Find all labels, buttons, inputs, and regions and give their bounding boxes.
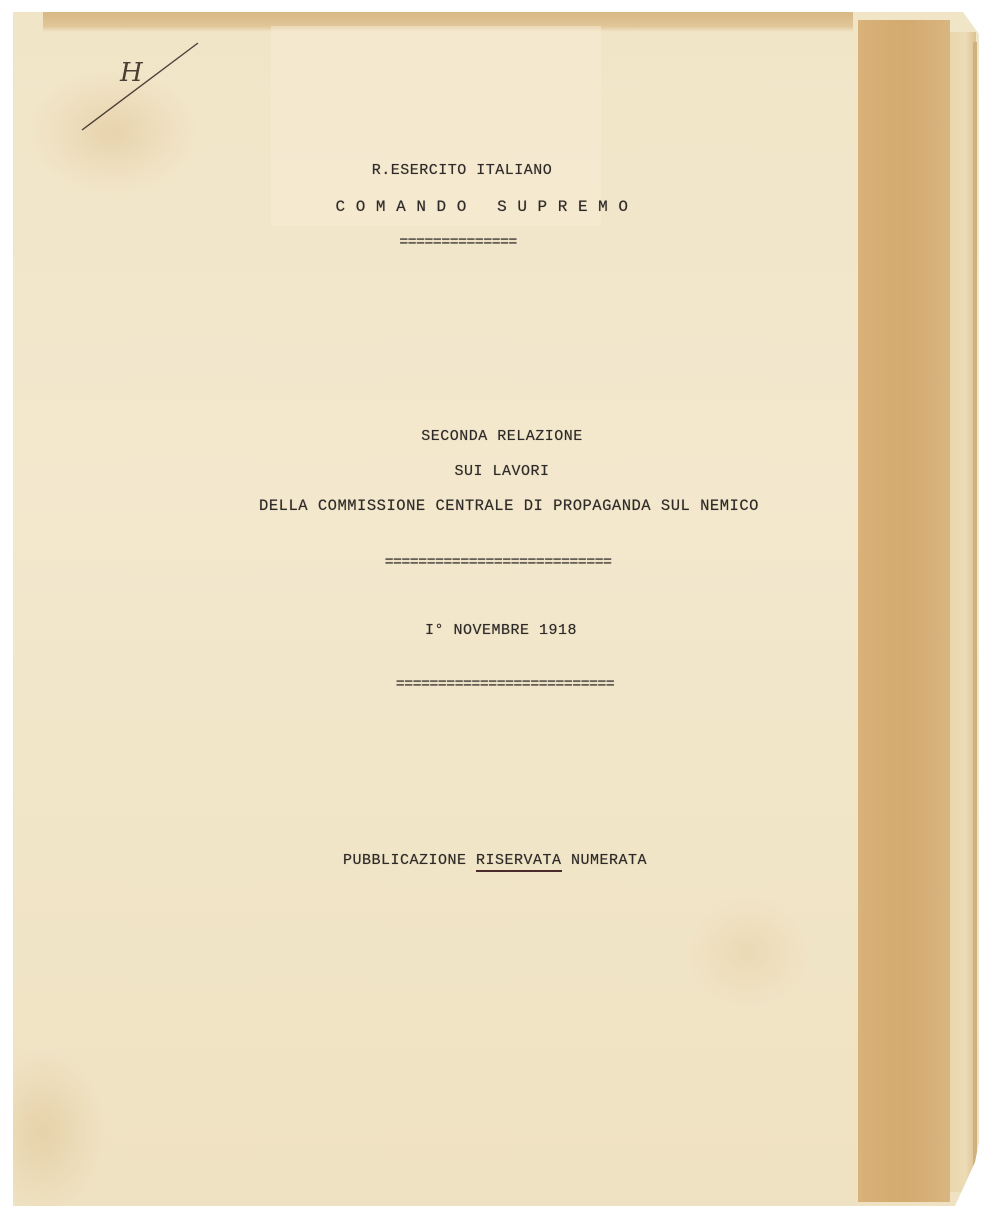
header-line-2: C O M A N D O S U P R E M O xyxy=(0,198,964,216)
classification-suffix: NUMERATA xyxy=(562,852,648,869)
document-page xyxy=(13,12,979,1206)
handwritten-mark: H xyxy=(120,58,143,88)
date-line: I° NOVEMBRE 1918 xyxy=(0,622,1000,639)
date-rule: ========================== xyxy=(0,676,1000,693)
header-light-area xyxy=(271,26,601,226)
classification-prefix: PUBBLICAZIONE xyxy=(343,852,476,869)
title-line-1: SECONDA RELAZIONE xyxy=(0,428,1000,445)
title-rule: =========================== xyxy=(0,554,996,571)
classification-line: PUBBLICAZIONE RISERVATA NUMERATA xyxy=(0,852,990,869)
pencil-slash-mark xyxy=(80,40,210,140)
header-rule: ============== xyxy=(0,234,916,251)
title-line-2: SUI LAVORI xyxy=(0,463,1000,480)
header-line-1: R.ESERCITO ITALIANO xyxy=(0,162,924,179)
right-edge xyxy=(973,42,977,1172)
classification-emphasis: RISERVATA xyxy=(476,852,562,872)
title-line-3: DELLA COMMISSIONE CENTRALE DI PROPAGANDA… xyxy=(0,497,1000,515)
